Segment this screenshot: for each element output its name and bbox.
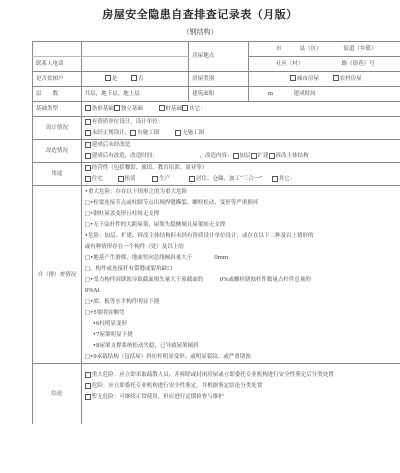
checkbox-pile-foundation[interactable] — [159, 105, 165, 111]
inspection-form-table: 房屋地点 市 县（区） 街道（乡镇） 联系人电话 社区（村） 路（街巷）号 是否… — [32, 41, 400, 424]
renovation-options: 建成后未经改造 建成后有改造，改造时间： ，改造内容：加层扩建拆改主体结构 — [81, 140, 400, 163]
area-unit: m — [268, 89, 292, 100]
inspection-item[interactable]: •7屋架明显下挠 — [85, 330, 400, 341]
checkbox-renovated[interactable] — [85, 153, 91, 159]
building-area-row: m 建成时间 — [248, 87, 400, 102]
inspection-item[interactable]: □•柱梁连接节点或柱脚节点出现焊缝撕裂、螺栓松动、变形等严重损坏 — [85, 198, 400, 209]
inspection-item[interactable]: □•地基产生滑移，地面竖向总线倾斜量大于 0mm — [85, 253, 400, 264]
checkbox-residential[interactable] — [85, 176, 91, 182]
inspection-item[interactable]: □•5梁明显侧弯 — [85, 308, 400, 319]
checkbox-has-drawings[interactable] — [130, 130, 136, 136]
checkbox-no-formal-design[interactable] — [85, 130, 91, 136]
inspection-items: •重大危险：存在以下情形之的为重大危险 □•柱梁连接节点或柱脚节点出现焊缝撕裂、… — [81, 186, 400, 364]
building-area-label: 建筑面积 — [189, 87, 249, 102]
inspection-item: •危险：加层、扩建、拆改主体结构但未经有资质设计单位设计，或存在以下二种及以上情… — [85, 231, 400, 242]
checkbox-commercial[interactable] — [85, 165, 91, 171]
checkbox-qualified-design[interactable] — [85, 119, 91, 125]
checkbox-major-danger[interactable] — [85, 372, 91, 378]
address-line2[interactable]: 社区（村） 路（街巷）号 — [248, 57, 400, 72]
conclusion-label: 结论 — [33, 364, 82, 425]
checkbox-no-danger[interactable] — [85, 394, 91, 400]
checkbox-rural[interactable] — [333, 75, 339, 81]
renovation-label: 改造情况 — [33, 140, 82, 163]
inspection-item[interactable]: □•梁、板等水平构件明显下挠 — [85, 297, 400, 308]
checkbox-production[interactable] — [152, 176, 158, 182]
page-title: 房屋安全隐患自查排查记录表（月版） — [0, 6, 400, 22]
checkbox-add-floor[interactable] — [233, 153, 239, 159]
checkbox-isolated-foundation[interactable] — [114, 105, 120, 111]
house-type-label: 房屋类别 — [189, 72, 249, 87]
checkbox-danger[interactable] — [85, 383, 91, 389]
checkbox-not-renovated[interactable] — [85, 142, 91, 148]
inspection-item[interactable]: •重大危险：存在以下情形之的为重大危险 — [85, 187, 400, 198]
contact-label: 联系人电话 — [33, 57, 82, 72]
checkbox-no-drawings[interactable] — [175, 130, 181, 136]
floors-label: 层 数 — [33, 87, 82, 102]
foundation-label: 基础类型 — [33, 102, 82, 117]
inspection-item[interactable]: □．构件或连接杆有裂缝或裂角缺口 — [85, 264, 400, 275]
usage-label: 用途 — [33, 163, 82, 186]
checkbox-yes[interactable] — [105, 75, 111, 81]
inspection-item[interactable]: □•受力构件因锈蚀导致截面损失量大于原截面的 0%或螺栓锈蚀杆件数量占杆件总量的 — [85, 275, 400, 286]
inspection-item[interactable]: □•钢柱屋盖变形且柱间无支撑 — [85, 209, 400, 220]
address-label: 房屋地点 — [189, 42, 249, 72]
foundation-options: 条形基础独立基础 桩基础其它： — [81, 102, 400, 117]
built-time-label: 建成时间 — [294, 91, 316, 97]
page-subtitle: （钢结构） — [0, 27, 400, 37]
poor-household-label: 是否贫困户 — [33, 72, 82, 87]
checkbox-three-in-one[interactable] — [189, 176, 195, 182]
inspection-item: 0%At — [85, 286, 400, 297]
design-label: 设计情况 — [33, 117, 82, 140]
checkbox-urban[interactable] — [290, 75, 296, 81]
contact-field[interactable] — [81, 57, 188, 72]
conclusion-options: 重大危险：应立即采取疏散人员、并拆除或封闭房屋或立即委托专业机构进行安全性鉴定后… — [81, 364, 400, 425]
house-type-options: 城市房屋 农村房屋 — [248, 72, 400, 87]
address-line1[interactable]: 市 县（区） 街道（乡镇） — [248, 42, 400, 57]
checkbox-rental[interactable] — [118, 176, 124, 182]
checkbox-strip-foundation[interactable] — [85, 105, 91, 111]
design-options: 有资质单位设计，设计单位： 未经正规设计，有施工图 无施工图 — [81, 117, 400, 140]
checkbox-no[interactable] — [131, 75, 137, 81]
inspection-item[interactable]: •8屋架支撑系统松动失稳，已导致屋架倾斜 — [85, 341, 400, 352]
poor-household-options: 是 否 — [81, 72, 188, 87]
inspection-item[interactable]: •6柱明显变形 — [85, 319, 400, 330]
floors-field[interactable]: 共层，地下层，地上层 — [81, 87, 188, 102]
usage-options: 经营性（包括餐馆、旅馆、教育培训、商业等） 住宅 租赁 生产 居住、仓储、加工“… — [81, 163, 400, 186]
checkbox-extension[interactable] — [251, 153, 257, 159]
inspection-item: 或有种情形存在一个构件（处）及以上的 — [85, 242, 400, 253]
inspection-item[interactable]: □•9承载结构（包括屋）斜拉杆明显变形、或明显裂纹、或严重锈蚀 — [85, 352, 400, 363]
checkbox-other-usage[interactable] — [272, 176, 278, 182]
inspection-item[interactable]: □•无下弦杆件的大跨屋架，屋架失稳侧倾且屋架间无支撑 — [85, 220, 400, 231]
checkbox-alter-structure[interactable] — [269, 153, 275, 159]
inspection-label: 自（排）查情况 — [33, 186, 82, 364]
checkbox-other-foundation[interactable] — [182, 105, 188, 111]
